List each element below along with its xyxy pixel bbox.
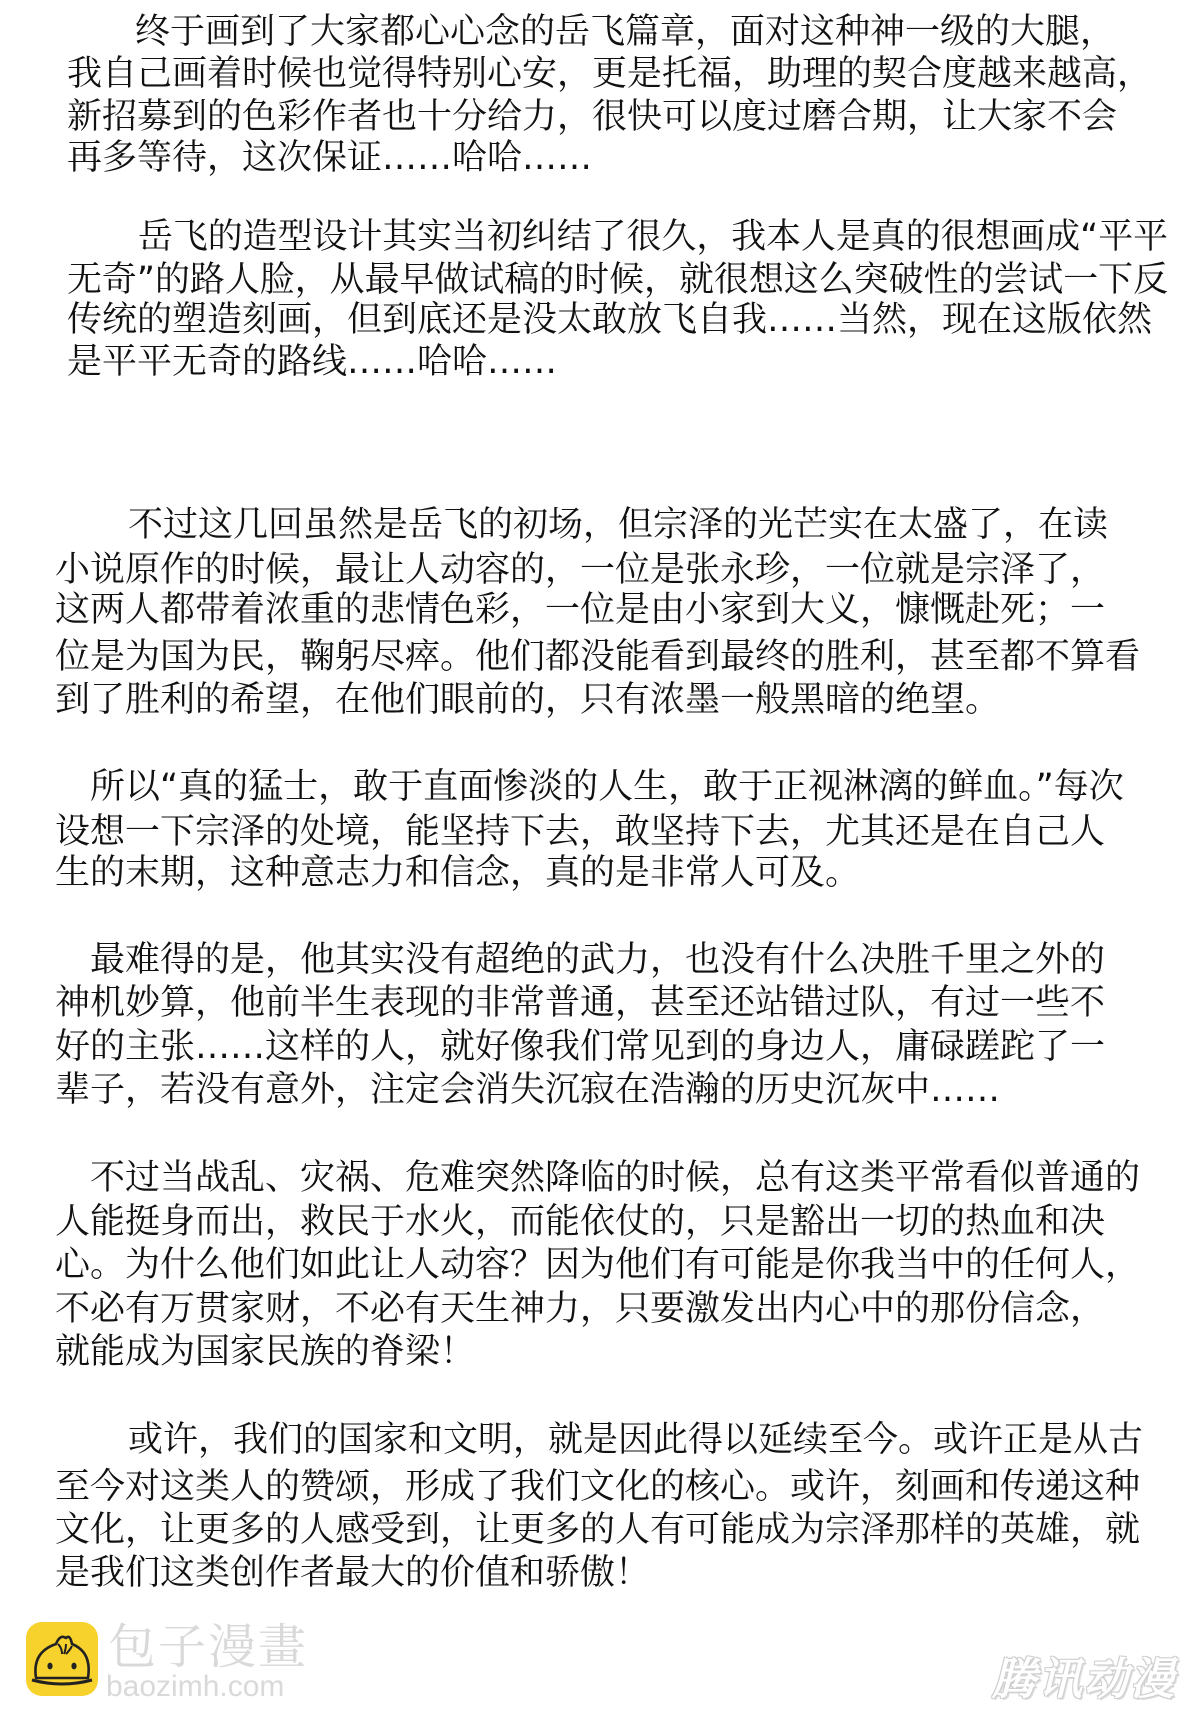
text-line: 辈子，若没有意外，注定会消失沉寂在浩瀚的历史沉灰中…… xyxy=(55,1068,1000,1112)
text-line: 不必有万贯家财，不必有天生神力，只要激发出内心中的那份信念， xyxy=(55,1287,1105,1331)
text-line: 最难得的是，他其实没有超绝的武力，也没有什么决胜千里之外的 xyxy=(90,938,1105,982)
steamed-bun-icon xyxy=(26,1622,98,1696)
text-line: 神机妙算，他前半生表现的非常普通，甚至还站错过队，有过一些不 xyxy=(55,981,1105,1025)
text-line: 所以“真的猛士，敢于直面惨淡的人生，敢于正视淋漓的鲜血。”每次 xyxy=(90,765,1124,809)
text-line: 好的主张……这样的人，就好像我们常见到的身边人，庸碌蹉跎了一 xyxy=(55,1025,1105,1069)
text-line: 人能挺身而出，救民于水火，而能依仗的，只是豁出一切的热血和决 xyxy=(55,1200,1105,1244)
text-line: 就能成为国家民族的脊梁！ xyxy=(55,1330,475,1374)
text-line: 是我们这类创作者最大的价值和骄傲！ xyxy=(55,1551,650,1595)
text-line: 位是为国为民，鞠躬尽瘁。他们都没能看到最终的胜利，甚至都不算看 xyxy=(55,635,1140,679)
brand-name-chinese: 包子漫畫 xyxy=(108,1620,308,1674)
comic-afterword-page: 终于画到了大家都心心念的岳飞篇章，面对这种神一级的大腿，我自己画着时候也觉得特别… xyxy=(0,0,1200,1728)
baozimh-logo xyxy=(26,1622,98,1696)
text-line: 或许，我们的国家和文明，就是因此得以延续至今。或许正是从古 xyxy=(128,1418,1143,1462)
text-line: 我自己画着时候也觉得特别心安，更是托福，助理的契合度越来越高， xyxy=(67,52,1152,96)
brand-url: baozimh.com xyxy=(106,1672,284,1702)
text-line: 小说原作的时候，最让人动容的，一位是张永珍，一位就是宗泽了， xyxy=(55,548,1105,592)
text-line: 再多等待，这次保证……哈哈…… xyxy=(67,136,592,180)
text-line: 文化，让更多的人感受到，让更多的人有可能成为宗泽那样的英雄，就 xyxy=(55,1508,1140,1552)
text-line: 传统的塑造刻画，但到底还是没太敢放飞自我……当然，现在这版依然 xyxy=(67,298,1152,342)
text-line: 设想一下宗泽的处境，能坚持下去，敢坚持下去，尤其还是在自己人 xyxy=(55,810,1105,854)
text-line: 终于画到了大家都心心念的岳飞篇章，面对这种神一级的大腿， xyxy=(135,10,1115,54)
text-line: 岳飞的造型设计其实当初纠结了很久，我本人是真的很想画成“平平 xyxy=(138,215,1168,259)
text-line: 生的末期，这种意志力和信念，真的是非常人可及。 xyxy=(55,851,860,895)
text-line: 到了胜利的希望，在他们眼前的，只有浓墨一般黑暗的绝望。 xyxy=(55,678,1000,722)
tencent-comics-watermark: 腾讯动漫 xyxy=(992,1652,1180,1708)
text-line: 不过当战乱、灾祸、危难突然降临的时候，总有这类平常看似普通的 xyxy=(90,1156,1140,1200)
text-line: 至今对这类人的赞颂，形成了我们文化的核心。或许，刻画和传递这种 xyxy=(55,1465,1140,1509)
text-line: 无奇”的路人脸，从最早做试稿的时候，就很想这么突破性的尝试一下反 xyxy=(67,258,1168,302)
text-line: 这两人都带着浓重的悲情色彩，一位是由小家到大义，慷慨赴死；一 xyxy=(55,588,1105,632)
text-line: 新招募到的色彩作者也十分给力，很快可以度过磨合期，让大家不会 xyxy=(67,95,1117,139)
text-line: 是平平无奇的路线……哈哈…… xyxy=(67,340,557,384)
text-line: 心。为什么他们如此让人动容？因为他们有可能是你我当中的任何人， xyxy=(55,1243,1140,1287)
text-line: 不过这几回虽然是岳飞的初场，但宗泽的光芒实在太盛了，在读 xyxy=(128,503,1108,547)
